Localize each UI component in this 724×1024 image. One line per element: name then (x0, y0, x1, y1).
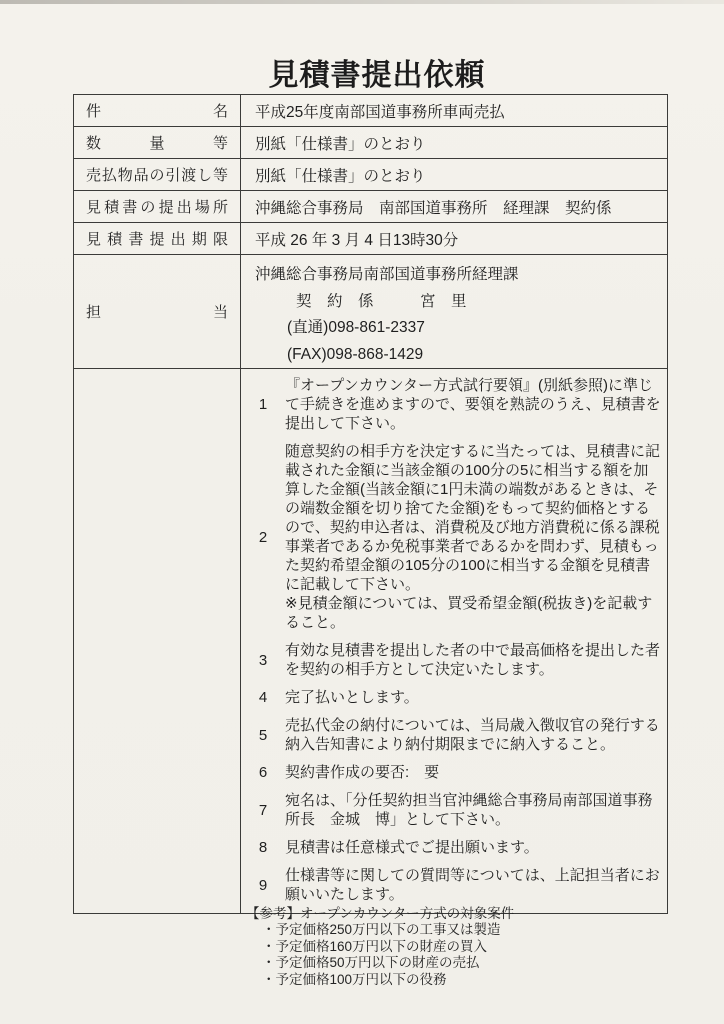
reference-item: ・予定価格160万円以下の財産の買入 (246, 939, 514, 955)
note-text: 宛名は、「分任契約担当官沖縄総合事務局南部国道事務所長 金城 博」として下さい。 (285, 791, 662, 829)
note-text: 売払代金の納付については、当局歳入徴収官の発行する納入告知書により納付期限までに… (285, 716, 662, 754)
note-number: 6 (241, 764, 285, 781)
note-number: 5 (241, 727, 285, 744)
note-item-1: 1 『オープンカウンター方式試行要領』(別紙参照)に準じて手続きを進めますので、… (241, 376, 662, 433)
reference-item: ・予定価格100万円以下の役務 (246, 972, 514, 988)
note-text: 『オープンカウンター方式試行要領』(別紙参照)に準じて手続きを進めますので、要領… (285, 376, 662, 433)
reference-heading: 【参考】オープンカウンター方式の対象案件 (246, 906, 514, 922)
note-number: 4 (241, 689, 285, 706)
row-submission-place: 見積書の提出場所 沖縄総合事務局 南部国道事務所 経理課 契約係 (74, 191, 668, 223)
row-contact-label: 担当 (74, 255, 241, 369)
row-delivery-label: 売払物品の引渡し等 (74, 159, 241, 191)
row-delivery-value: 別紙「仕様書」のとおり (241, 159, 668, 191)
note-item-3: 3 有効な見積書を提出した者の中で最高価格を提出した者を契約の相手方として決定い… (241, 641, 662, 679)
notes-cell: 1 『オープンカウンター方式試行要領』(別紙参照)に準じて手続きを進めますので、… (241, 369, 668, 914)
note-item-9: 9 仕様書等に関しての質問等については、上記担当者にお願いいたします。 (241, 866, 662, 904)
notes-empty-label-cell (74, 369, 241, 914)
reference-item: ・予定価格50万円以下の財産の売払 (246, 955, 514, 971)
note-number: 7 (241, 802, 285, 819)
row-subject-label: 件名 (74, 95, 241, 127)
row-quantity: 数量等 別紙「仕様書」のとおり (74, 127, 668, 159)
row-notes: 1 『オープンカウンター方式試行要領』(別紙参照)に準じて手続きを進めますので、… (74, 369, 668, 914)
note-number: 2 (241, 529, 285, 546)
note-text: 仕様書等に関しての質問等については、上記担当者にお願いいたします。 (285, 866, 662, 904)
row-delivery: 売払物品の引渡し等 別紙「仕様書」のとおり (74, 159, 668, 191)
note-item-4: 4 完了払いとします。 (241, 688, 662, 707)
note-text: 有効な見積書を提出した者の中で最高価格を提出した者を契約の相手方として決定いたし… (285, 641, 662, 679)
contact-office: 沖縄総合事務局南部国道事務所経理課 (241, 262, 663, 289)
note-text-main: 随意契約の相手方を決定するに当たっては、見積書に記載された金額に当該金額の100… (285, 442, 662, 594)
note-item-6: 6 契約書作成の要否: 要 (241, 763, 662, 782)
note-text-remark: ※見積金額については、買受希望金額(税抜き)を記載すること。 (285, 594, 662, 632)
page-title: 見積書提出依頼 (15, 50, 724, 94)
row-deadline: 見積書提出期限 平成 26 年 3 月 4 日13時30分 (74, 223, 668, 255)
row-contact-value: 沖縄総合事務局南部国道事務所経理課 契 約 係 宮 里 (直通)098-861-… (241, 255, 668, 369)
reference-note: 【参考】オープンカウンター方式の対象案件 ・予定価格250万円以下の工事又は製造… (246, 906, 514, 988)
note-text: 随意契約の相手方を決定するに当たっては、見積書に記載された金額に当該金額の100… (285, 442, 662, 632)
note-text: 見積書は任意様式でご提出願います。 (285, 838, 662, 857)
note-item-8: 8 見積書は任意様式でご提出願います。 (241, 838, 662, 857)
row-quantity-value: 別紙「仕様書」のとおり (241, 127, 668, 159)
note-number: 1 (241, 396, 285, 413)
note-number: 8 (241, 839, 285, 856)
note-item-7: 7 宛名は、「分任契約担当官沖縄総合事務局南部国道事務所長 金城 博」として下さ… (241, 791, 662, 829)
row-deadline-label: 見積書提出期限 (74, 223, 241, 255)
note-number: 3 (241, 652, 285, 669)
request-form-table: 件名 平成25年度南部国道事務所車両売払 数量等 別紙「仕様書」のとおり 売払物… (73, 94, 668, 914)
reference-item: ・予定価格250万円以下の工事又は製造 (246, 922, 514, 938)
row-submission-place-label: 見積書の提出場所 (74, 191, 241, 223)
contact-person: 契 約 係 宮 里 (241, 289, 663, 316)
row-subject: 件名 平成25年度南部国道事務所車両売払 (74, 95, 668, 127)
row-contact: 担当 沖縄総合事務局南部国道事務所経理課 契 約 係 宮 里 (直通)098-8… (74, 255, 668, 369)
contact-phone: (直通)098-861-2337 (241, 315, 663, 342)
note-item-2: 2 随意契約の相手方を決定するに当たっては、見積書に記載された金額に当該金額の1… (241, 442, 662, 632)
note-text: 完了払いとします。 (285, 688, 662, 707)
row-quantity-label: 数量等 (74, 127, 241, 159)
row-submission-place-value: 沖縄総合事務局 南部国道事務所 経理課 契約係 (241, 191, 668, 223)
note-item-5: 5 売払代金の納付については、当局歳入徴収官の発行する納入告知書により納付期限ま… (241, 716, 662, 754)
note-text: 契約書作成の要否: 要 (285, 763, 662, 782)
row-deadline-value: 平成 26 年 3 月 4 日13時30分 (241, 223, 668, 255)
row-subject-value: 平成25年度南部国道事務所車両売払 (241, 95, 668, 127)
scan-edge-artifact (0, 0, 724, 4)
note-number: 9 (241, 877, 285, 894)
contact-fax: (FAX)098-868-1429 (241, 342, 663, 369)
